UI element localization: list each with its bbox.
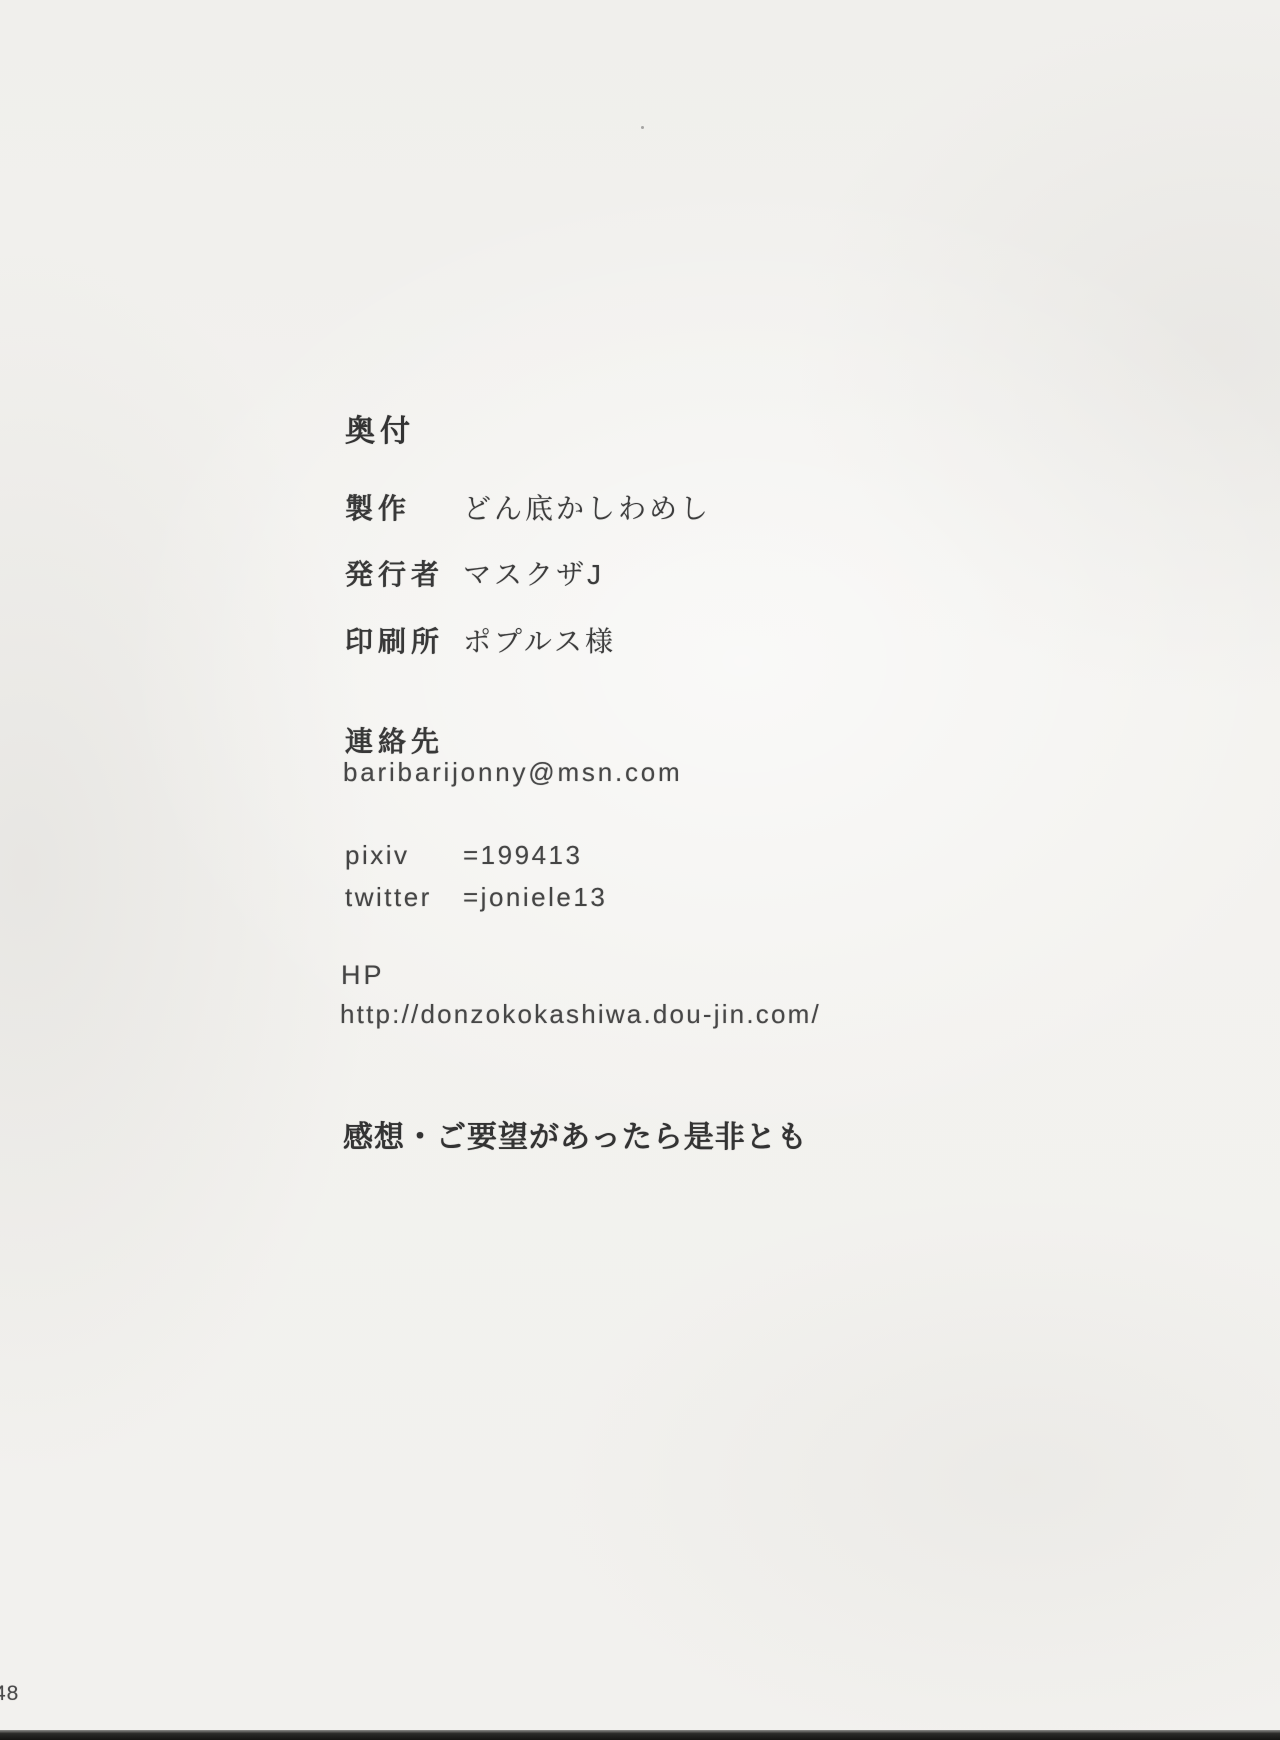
sns-row-pixiv: pixiv =199413 — [345, 840, 582, 871]
sns-row-twitter: twitter =joniele13 — [345, 882, 607, 913]
credit-row-production: 製作 どん底かしわめし — [345, 487, 711, 527]
twitter-label: twitter — [345, 882, 463, 913]
twitter-id: =joniele13 — [463, 882, 607, 913]
pixiv-id: =199413 — [463, 840, 582, 871]
page-number: 48 — [0, 1682, 19, 1706]
closing-message: 感想・ご要望があったら是非とも — [343, 1112, 808, 1156]
credit-row-printer: 印刷所 ポプルス様 — [345, 620, 616, 660]
scanned-colophon-page: 奥付 製作 どん底かしわめし 発行者 マスクザJ 印刷所 ポプルス様 連絡先 b… — [0, 0, 1280, 1740]
scan-artifact-speck — [641, 126, 644, 129]
credit-value-production: どん底かしわめし — [463, 487, 711, 527]
colophon-title: 奥付 — [345, 406, 415, 450]
credit-label-printer: 印刷所 — [345, 620, 463, 660]
credit-value-publisher: マスクザJ — [463, 553, 604, 593]
homepage-heading: HP — [341, 960, 385, 991]
credit-row-publisher: 発行者 マスクザJ — [345, 553, 604, 593]
credit-value-printer: ポプルス様 — [463, 620, 616, 660]
contact-heading: 連絡先 — [345, 720, 444, 760]
credit-label-publisher: 発行者 — [345, 553, 463, 593]
pixiv-label: pixiv — [345, 840, 463, 871]
contact-email: baribarijonny@msn.com — [343, 757, 683, 788]
homepage-url: http://donzokokashiwa.dou-jin.com/ — [340, 999, 821, 1030]
credit-label-production: 製作 — [345, 487, 463, 527]
scan-edge-bar — [0, 1730, 1280, 1740]
